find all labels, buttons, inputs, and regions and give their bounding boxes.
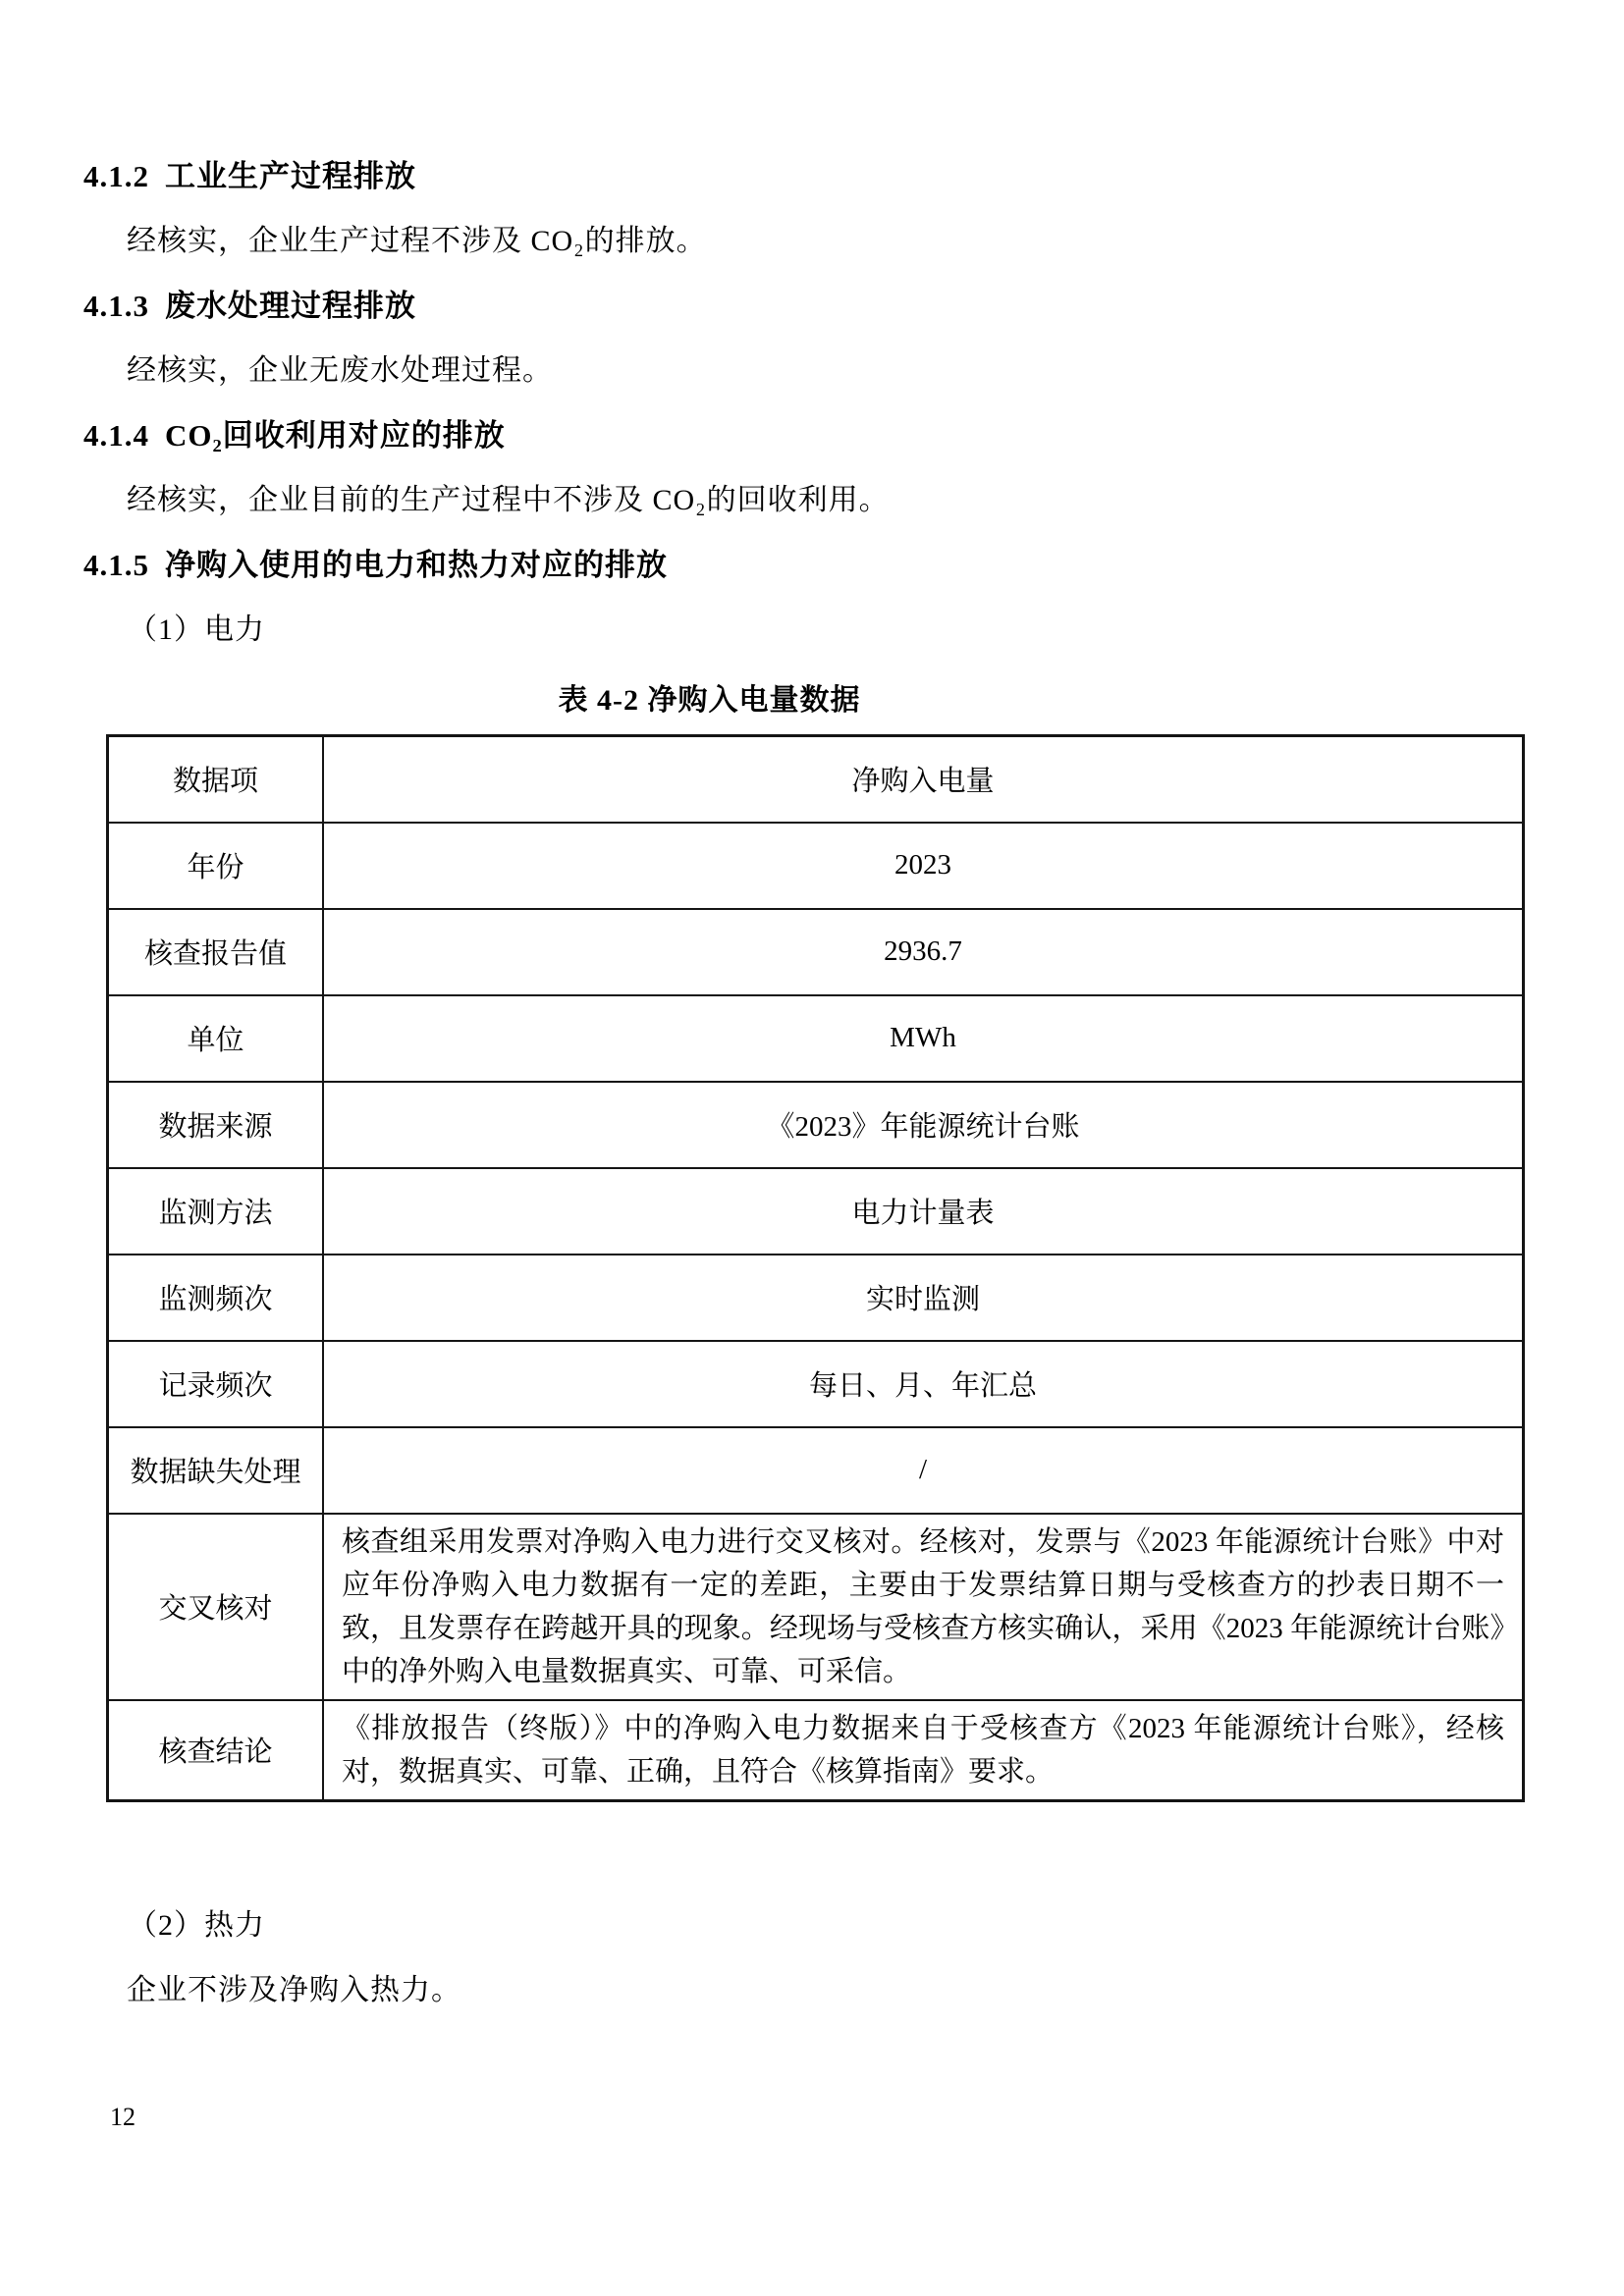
row-value: / [323,1427,1524,1514]
section-title: 废水处理过程排放 [165,289,416,323]
row-label: 记录频次 [108,1341,324,1427]
row-label: 监测方法 [108,1168,324,1255]
subsection-electricity-label: （1）电力 [128,611,1624,650]
row-label: 核查结论 [108,1700,324,1801]
row-label: 数据项 [108,736,324,823]
table-row-cross-check: 交叉核对 核查组采用发票对净购入电力进行交叉核对。经核对，发票与《2023 年能… [108,1514,1524,1700]
row-value: 2023 [323,823,1524,909]
section-heading-4-1-2: 4.1.2工业生产过程排放 [83,157,1624,196]
section-paragraph-4-1-4: 经核实，企业目前的生产过程中不涉及 CO₂的回收利用。 [83,481,1506,520]
table-row-year: 年份 2023 [108,823,1524,909]
table-row-data-item: 数据项 净购入电量 [108,736,1524,823]
row-value: 《排放报告（终版）》中的净购入电力数据来自于受核查方《2023 年能源统计台账》… [323,1700,1524,1801]
section-number: 4.1.3 [83,289,149,323]
document-page: 4.1.2工业生产过程排放 经核实，企业生产过程不涉及 CO₂的排放。 4.1.… [0,0,1624,2010]
table-caption: 表 4-2 净购入电量数据 [0,675,1419,719]
section-paragraph-4-1-3: 经核实，企业无废水处理过程。 [83,351,1506,391]
page-number: 12 [110,2103,135,2132]
section-heading-4-1-5: 4.1.5净购入使用的电力和热力对应的排放 [83,546,1624,585]
table-row-recording-frequency: 记录频次 每日、月、年汇总 [108,1341,1524,1427]
table-row-verification-conclusion: 核查结论 《排放报告（终版）》中的净购入电力数据来自于受核查方《2023 年能源… [108,1700,1524,1801]
row-label: 数据缺失处理 [108,1427,324,1514]
row-label: 单位 [108,995,324,1082]
section-number: 4.1.5 [83,548,149,582]
section-paragraph-4-1-2: 经核实，企业生产过程不涉及 CO₂的排放。 [83,222,1506,261]
subsection-heat-label: （2）热力 [128,1906,1624,1946]
table-row-missing-data-handling: 数据缺失处理 / [108,1427,1524,1514]
section-number: 4.1.2 [83,159,149,193]
section-title: CO₂回收利用对应的排放 [165,418,506,453]
row-value: 实时监测 [323,1255,1524,1341]
table-row-verified-value: 核查报告值 2936.7 [108,909,1524,995]
row-label: 年份 [108,823,324,909]
net-purchased-electricity-table: 数据项 净购入电量 年份 2023 核查报告值 2936.7 单位 MWh 数据… [106,734,1525,1802]
row-value: 《2023》年能源统计台账 [323,1082,1524,1168]
row-value: MWh [323,995,1524,1082]
row-value: 2936.7 [323,909,1524,995]
paragraph-heat: 企业不涉及净购入热力。 [83,1971,1506,2010]
section-heading-4-1-3: 4.1.3废水处理过程排放 [83,287,1624,326]
row-label: 监测频次 [108,1255,324,1341]
section-heading-4-1-4: 4.1.4CO₂回收利用对应的排放 [83,416,1624,455]
row-value: 净购入电量 [323,736,1524,823]
row-label: 数据来源 [108,1082,324,1168]
row-value: 电力计量表 [323,1168,1524,1255]
row-label: 核查报告值 [108,909,324,995]
table-row-monitoring-method: 监测方法 电力计量表 [108,1168,1524,1255]
row-value: 核查组采用发票对净购入电力进行交叉核对。经核对，发票与《2023 年能源统计台账… [323,1514,1524,1700]
row-label: 交叉核对 [108,1514,324,1700]
table-row-data-source: 数据来源 《2023》年能源统计台账 [108,1082,1524,1168]
row-value: 每日、月、年汇总 [323,1341,1524,1427]
section-title: 工业生产过程排放 [165,159,416,193]
table-row-monitoring-frequency: 监测频次 实时监测 [108,1255,1524,1341]
section-title: 净购入使用的电力和热力对应的排放 [165,548,668,582]
table-row-unit: 单位 MWh [108,995,1524,1082]
section-number: 4.1.4 [83,418,149,453]
